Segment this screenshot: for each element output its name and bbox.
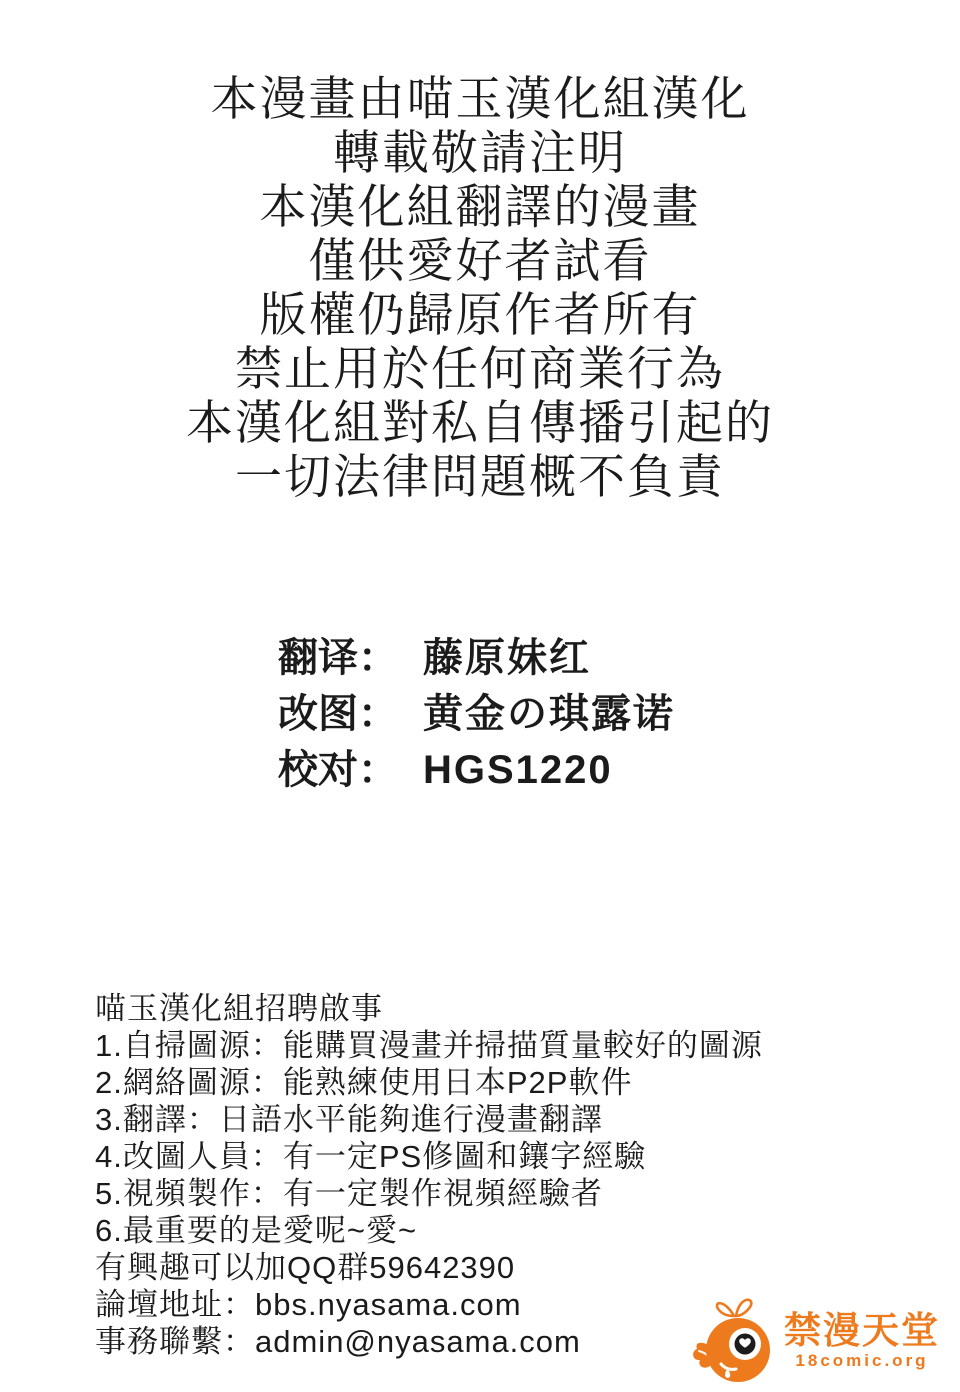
credit-row-editor: 改图： 黄金の琪露诺 xyxy=(278,686,675,742)
notice-line: 轉載敬請注明 xyxy=(0,126,960,180)
credit-row-proofreader: 校对： HGS1220 xyxy=(278,742,675,798)
notice-line: 一切法律問題概不負責 xyxy=(0,450,960,504)
watermark-text: 禁漫天堂 18comic.org xyxy=(784,1311,940,1370)
recruitment-line: 2.網絡圖源：能熟練使用日本P2P軟件 xyxy=(95,1064,763,1101)
credit-label: 翻译： xyxy=(278,630,423,686)
site-name: 禁漫天堂 xyxy=(784,1311,940,1351)
whale-mascot-icon xyxy=(690,1292,782,1388)
notice-line: 本漫畫由喵玉漢化組漢化 xyxy=(0,72,960,126)
notice-line: 版權仍歸原作者所有 xyxy=(0,288,960,342)
site-watermark: 禁漫天堂 18comic.org xyxy=(690,1292,940,1388)
scanlation-credits-page: 本漫畫由喵玉漢化組漢化 轉載敬請注明 本漢化組翻譯的漫畫 僅供愛好者試看 版權仍… xyxy=(0,0,960,1392)
recruitment-line: 3.翻譯：日語水平能夠進行漫畫翻譯 xyxy=(95,1101,763,1138)
recruitment-line: 4.改圖人員：有一定PS修圖和鑲字經驗 xyxy=(95,1138,763,1175)
notice-line: 僅供愛好者試看 xyxy=(0,234,960,288)
notice-line: 禁止用於任何商業行為 xyxy=(0,342,960,396)
notice-line: 本漢化組對私自傳播引起的 xyxy=(0,396,960,450)
recruitment-line: 有興趣可以加QQ群59642390 xyxy=(95,1249,763,1286)
credit-value: 藤原妹红 xyxy=(423,630,591,686)
recruitment-line: 6.最重要的是愛呢~愛~ xyxy=(95,1212,763,1249)
recruitment-line: 1.自掃圖源：能購買漫畫并掃描質量較好的圖源 xyxy=(95,1027,763,1064)
site-url: 18comic.org xyxy=(784,1351,940,1370)
credit-value: HGS1220 xyxy=(423,742,613,798)
recruitment-title: 喵玉漢化組招聘啟事 xyxy=(95,990,763,1027)
recruitment-line: 論壇地址：bbs.nyasama.com xyxy=(95,1286,763,1323)
credit-value: 黄金の琪露诺 xyxy=(423,686,675,742)
recruitment-line: 5.視頻製作：有一定製作視頻經驗者 xyxy=(95,1175,763,1212)
recruitment-notice: 喵玉漢化組招聘啟事 1.自掃圖源：能購買漫畫并掃描質量較好的圖源 2.網絡圖源：… xyxy=(95,990,763,1360)
credit-label: 改图： xyxy=(278,686,423,742)
notice-line: 本漢化組翻譯的漫畫 xyxy=(0,180,960,234)
credit-row-translator: 翻译： 藤原妹红 xyxy=(278,630,675,686)
recruitment-line: 事務聯繫：admin@nyasama.com xyxy=(95,1323,763,1360)
credit-label: 校对： xyxy=(278,742,423,798)
translation-notice: 本漫畫由喵玉漢化組漢化 轉載敬請注明 本漢化組翻譯的漫畫 僅供愛好者試看 版權仍… xyxy=(0,72,960,504)
staff-credits: 翻译： 藤原妹红 改图： 黄金の琪露诺 校对： HGS1220 xyxy=(278,630,675,798)
